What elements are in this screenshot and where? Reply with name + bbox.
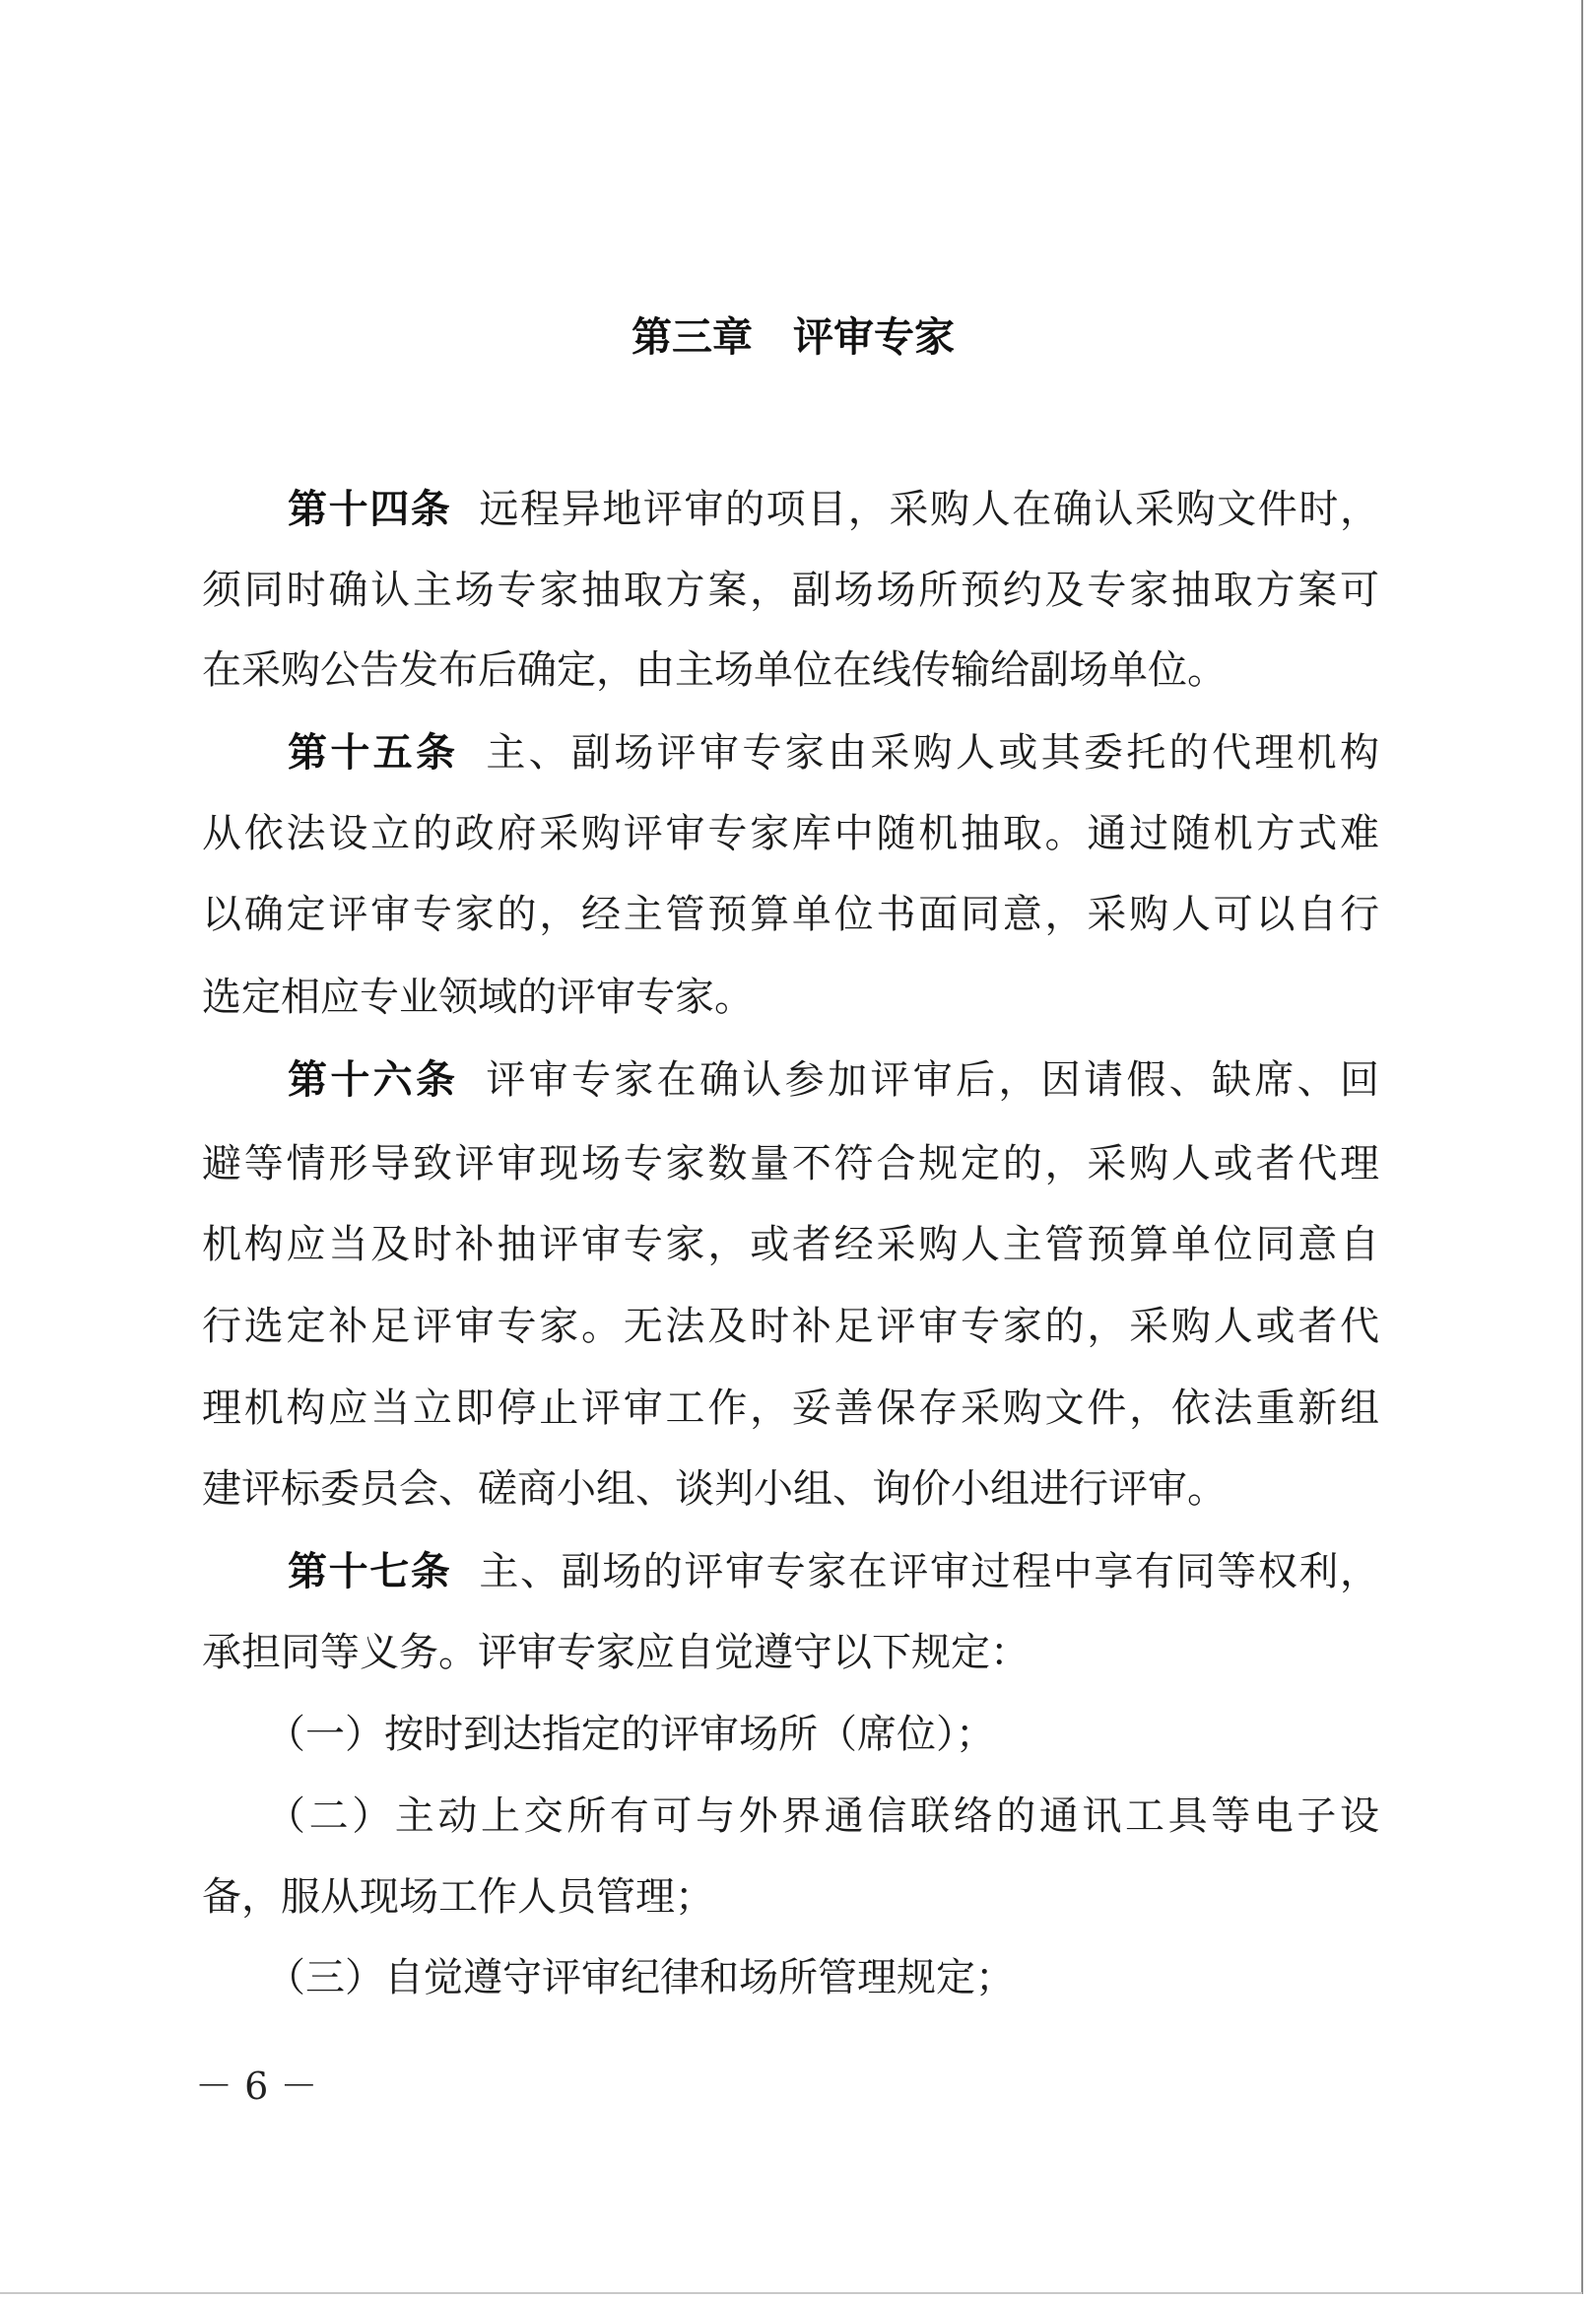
article-14-line-3: 在采购公告发布后确定，由主场单位在线传输给副场单位。 [202, 644, 1379, 696]
item-2-line-1: （二）主动上交所有可与外界通信联络的通讯工具等电子设 [266, 1791, 1379, 1842]
article-16-line-6: 建评标委员会、磋商小组、谈判小组、询价小组进行评审。 [202, 1463, 1379, 1515]
article-15-line-1: 第十五条主、副场评审专家由采购人或其委托的代理机构 [288, 727, 1379, 778]
article-text: 远程异地评审的项目，采购人在确认采购文件时， [479, 487, 1379, 532]
article-16-line-1: 第十六条评审专家在确认参加评审后，因请假、缺席、回 [288, 1054, 1379, 1106]
article-16-line-5: 理机构应当立即停止评审工作，妥善保存采购文件，依法重新组 [202, 1383, 1379, 1434]
page-edge-bottom [0, 2292, 1582, 2294]
chapter-title: 第三章 评审专家 [0, 313, 1586, 361]
article-label: 第十五条 [288, 730, 458, 776]
article-label: 第十四条 [288, 487, 451, 532]
article-15-line-2: 从依法设立的政府采购评审专家库中随机抽取。通过随机方式难 [202, 808, 1379, 859]
article-15-line-4: 选定相应专业领域的评审专家。 [202, 972, 1379, 1023]
article-label: 第十七条 [288, 1549, 451, 1594]
article-16-line-3: 机构应当及时补抽评审专家，或者经采购人主管预算单位同意自 [202, 1219, 1379, 1270]
article-16-line-2: 避等情形导致评审现场专家数量不符合规定的，采购人或者代理 [202, 1138, 1379, 1189]
article-label: 第十六条 [288, 1057, 458, 1103]
article-text: 主、副场的评审专家在评审过程中享有同等权利， [479, 1549, 1379, 1594]
document-page: 第三章 评审专家 第十四条远程异地评审的项目，采购人在确认采购文件时， 须同时确… [0, 0, 1596, 2300]
article-14-line-1: 第十四条远程异地评审的项目，采购人在确认采购文件时， [288, 484, 1379, 535]
article-15-line-3: 以确定评审专家的，经主管预算单位书面同意，采购人可以自行 [202, 889, 1379, 940]
item-3-line-1: （三）自觉遵守评审纪律和场所管理规定； [266, 1952, 1379, 2003]
article-text: 评审专家在确认参加评审后，因请假、缺席、回 [486, 1057, 1379, 1103]
article-16-line-4: 行选定补足评审专家。无法及时补足评审专家的，采购人或者代 [202, 1301, 1379, 1352]
article-17-line-1: 第十七条主、副场的评审专家在评审过程中享有同等权利， [288, 1546, 1379, 1597]
article-17-line-2: 承担同等义务。评审专家应自觉遵守以下规定： [202, 1627, 1379, 1678]
item-2-line-2: 备，服从现场工作人员管理； [202, 1871, 1379, 1923]
article-text: 主、副场评审专家由采购人或其委托的代理机构 [486, 730, 1379, 776]
item-1-line-1: （一）按时到达指定的评审场所（席位）； [266, 1709, 1379, 1760]
article-14-line-2: 须同时确认主场专家抽取方案，副场场所预约及专家抽取方案可 [202, 565, 1379, 616]
page-number: － 6 － [195, 2063, 317, 2109]
